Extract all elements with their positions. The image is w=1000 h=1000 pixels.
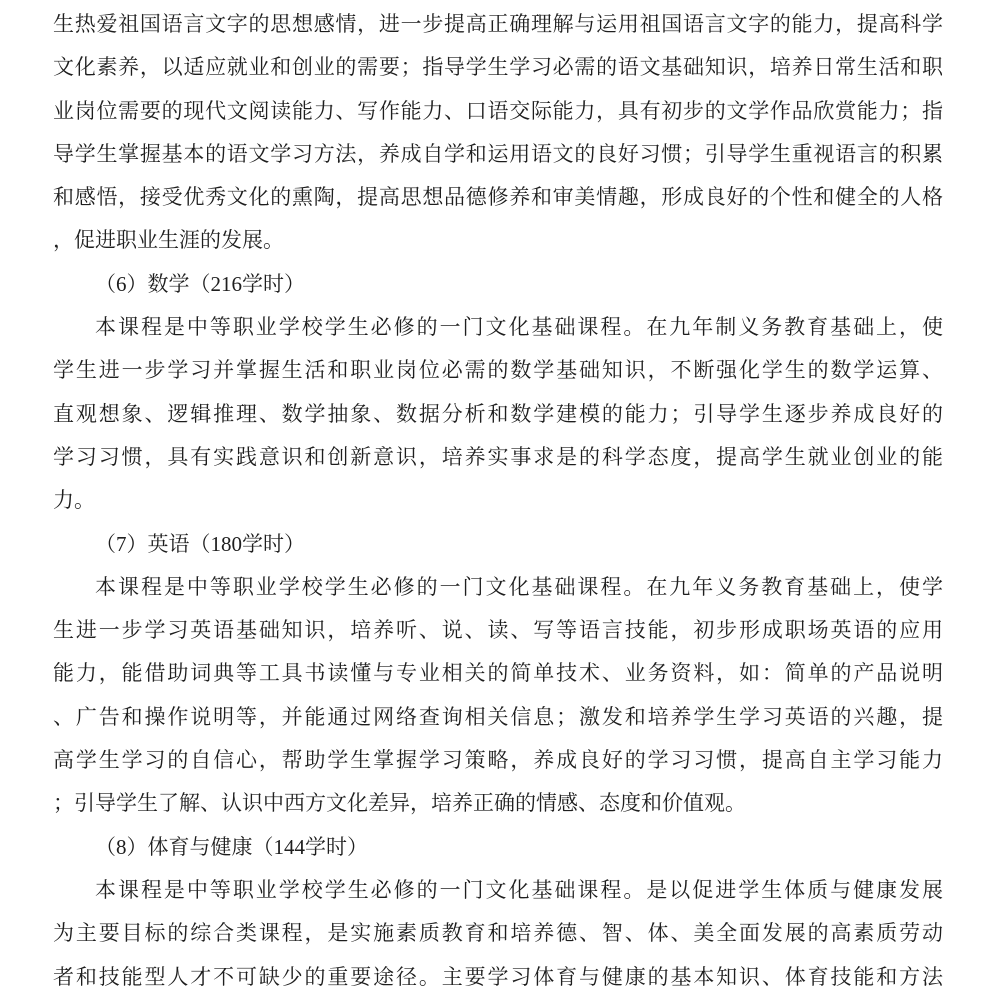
text-line: 本课程是中等职业学校学生必修的一门文化基础课程。在九年义务教育基础上，使学 bbox=[53, 566, 943, 609]
text-line: 文化素养，以适应就业和创业的需要；指导学生学习必需的语文基础知识，培养日常生活和… bbox=[53, 46, 943, 89]
text-line: 和感悟，接受优秀文化的熏陶，提高思想品德修养和审美情趣，形成良好的个性和健全的人… bbox=[53, 176, 943, 219]
page-text: 生热爱祖国语言文字的思想感情，进一步提高正确理解与运用祖国语言文字的能力，提高科… bbox=[53, 3, 943, 999]
text-line: 能力，能借助词典等工具书读懂与专业相关的简单技术、业务资料，如：简单的产品说明 bbox=[53, 652, 943, 695]
text-line: 本课程是中等职业学校学生必修的一门文化基础课程。在九年制义务教育基础上，使 bbox=[53, 306, 943, 349]
text-line: 直观想象、逻辑推理、数学抽象、数据分析和数学建模的能力；引导学生逐步养成良好的 bbox=[53, 393, 943, 436]
text-line: 本课程是中等职业学校学生必修的一门文化基础课程。是以促进学生体质与健康发展 bbox=[53, 869, 943, 912]
text-line: 力。 bbox=[53, 479, 943, 522]
text-line: 导学生掌握基本的语文学习方法，养成自学和运用语文的良好习惯；引导学生重视语言的积… bbox=[53, 133, 943, 176]
text-line: 高学生学习的自信心，帮助学生掌握学习策略，养成良好的学习习惯，提高自主学习能力 bbox=[53, 739, 943, 782]
text-line: 生进一步学习英语基础知识，培养听、说、读、写等语言技能，初步形成职场英语的应用 bbox=[53, 609, 943, 652]
text-line: 、广告和操作说明等，并能通过网络查询相关信息；激发和培养学生学习英语的兴趣，提 bbox=[53, 696, 943, 739]
section-heading: （7）英语（180学时） bbox=[53, 523, 943, 566]
text-line: 学习习惯，具有实践意识和创新意识，培养实事求是的科学态度，提高学生就业创业的能 bbox=[53, 436, 943, 479]
text-line: 业岗位需要的现代文阅读能力、写作能力、口语交际能力，具有初步的文学作品欣赏能力；… bbox=[53, 90, 943, 133]
text-line: 为主要目标的综合类课程，是实施素质教育和培养德、智、体、美全面发展的高素质劳动 bbox=[53, 912, 943, 955]
text-line: 学生进一步学习并掌握生活和职业岗位必需的数学基础知识，不断强化学生的数学运算、 bbox=[53, 349, 943, 392]
text-line: ；引导学生了解、认识中西方文化差异，培养正确的情感、态度和价值观。 bbox=[53, 782, 943, 825]
text-line: 生热爱祖国语言文字的思想感情，进一步提高正确理解与运用祖国语言文字的能力，提高科… bbox=[53, 3, 943, 46]
section-heading: （8）体育与健康（144学时） bbox=[53, 826, 943, 869]
text-line: ，促进职业生涯的发展。 bbox=[53, 219, 943, 262]
text-line: 者和技能型人才不可缺少的重要途径。主要学习体育与健康的基本知识、体育技能和方法 bbox=[53, 956, 943, 999]
section-heading: （6）数学（216学时） bbox=[53, 263, 943, 306]
document-page: 生热爱祖国语言文字的思想感情，进一步提高正确理解与运用祖国语言文字的能力，提高科… bbox=[0, 0, 1000, 1000]
